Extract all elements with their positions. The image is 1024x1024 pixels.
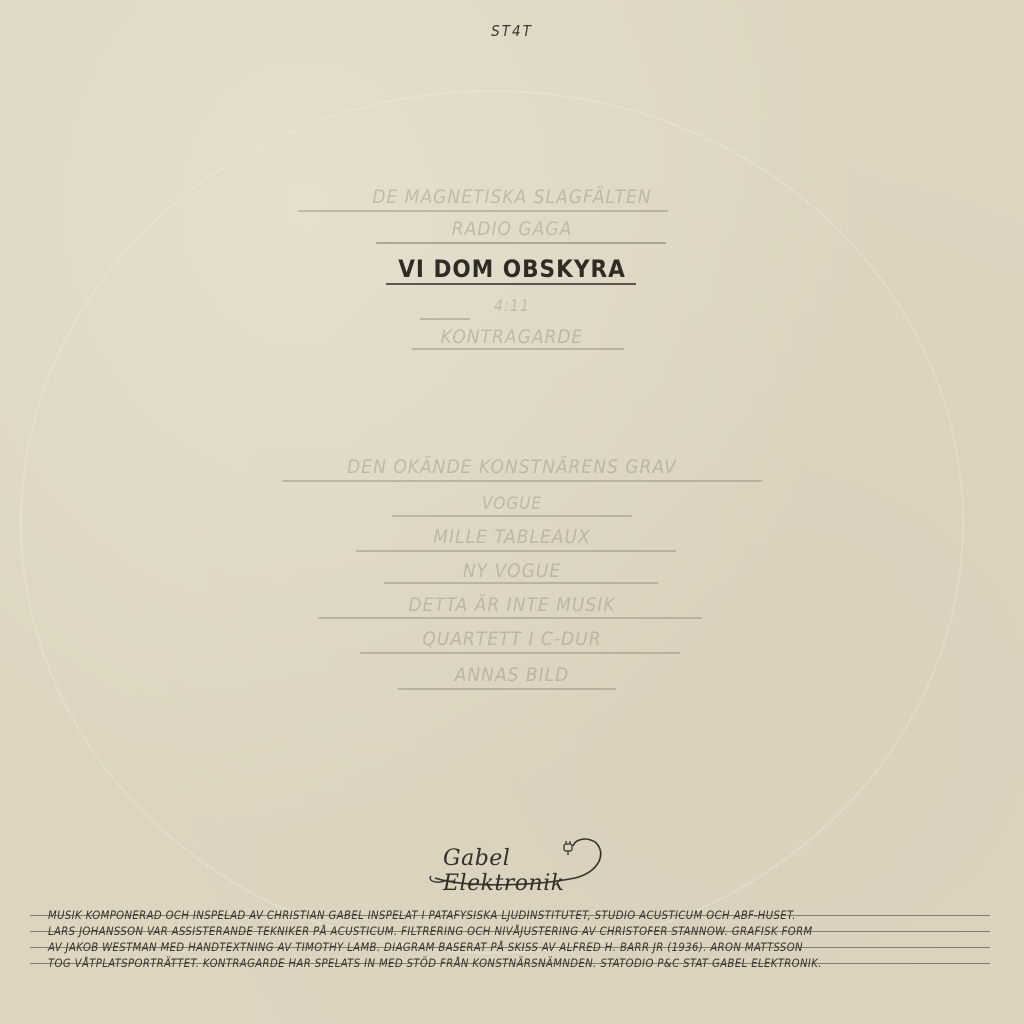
erased-track-5: Detta är inte musik — [0, 594, 1024, 616]
erased-title-2: Radio Gaga — [0, 218, 1024, 240]
erased-duration-underline — [420, 318, 470, 320]
erased-title-1-underline — [298, 210, 668, 212]
gabel-elektronik-logo: Gabel Elektronik — [425, 832, 615, 892]
credit-line-2: Lars Johansson var assisterande tekniker… — [30, 924, 990, 940]
erased-title-2-underline — [376, 242, 666, 244]
credit-line-3: av Jakob Westman med handtextning av Tim… — [30, 940, 990, 956]
erased-track-3-underline — [356, 550, 676, 552]
plug-icon — [561, 840, 575, 856]
erased-track-2-underline — [392, 515, 632, 517]
erased-track-1-underline — [282, 480, 762, 482]
album-title: Vi dom obskyra — [0, 255, 1024, 283]
album-title-underline — [386, 283, 636, 285]
erased-track-4-underline — [384, 582, 658, 584]
erased-track-3: Mille tableaux — [0, 526, 1024, 548]
credit-line-1: Musik komponerad och inspelad av Christi… — [30, 908, 990, 924]
catalog-code: ST4T — [0, 22, 1024, 40]
erased-track-6: Quartett i C-dur — [0, 628, 1024, 650]
credits-block: Musik komponerad och inspelad av Christi… — [30, 908, 990, 972]
erased-track-7-underline — [398, 688, 616, 690]
erased-kontragarde: Kontragarde — [0, 326, 1024, 348]
erased-track-1: Den okände konstnärens grav — [0, 456, 1024, 478]
erased-track-6-underline — [360, 652, 680, 654]
erased-duration: 4:11 — [0, 296, 1024, 315]
credit-line-4: tog våtplatsporträttet. Kontragarde har … — [30, 956, 990, 972]
erased-track-7: Annas bild — [0, 664, 1024, 686]
erased-kontragarde-underline — [412, 348, 624, 350]
erased-track-5-underline — [318, 617, 702, 619]
logo-text: Gabel Elektronik — [443, 846, 615, 896]
erased-track-4: Ny vogue — [0, 560, 1024, 582]
erased-title-1: De magnetiska slagfälten — [0, 186, 1024, 208]
erased-track-2: Vogue — [0, 494, 1024, 514]
